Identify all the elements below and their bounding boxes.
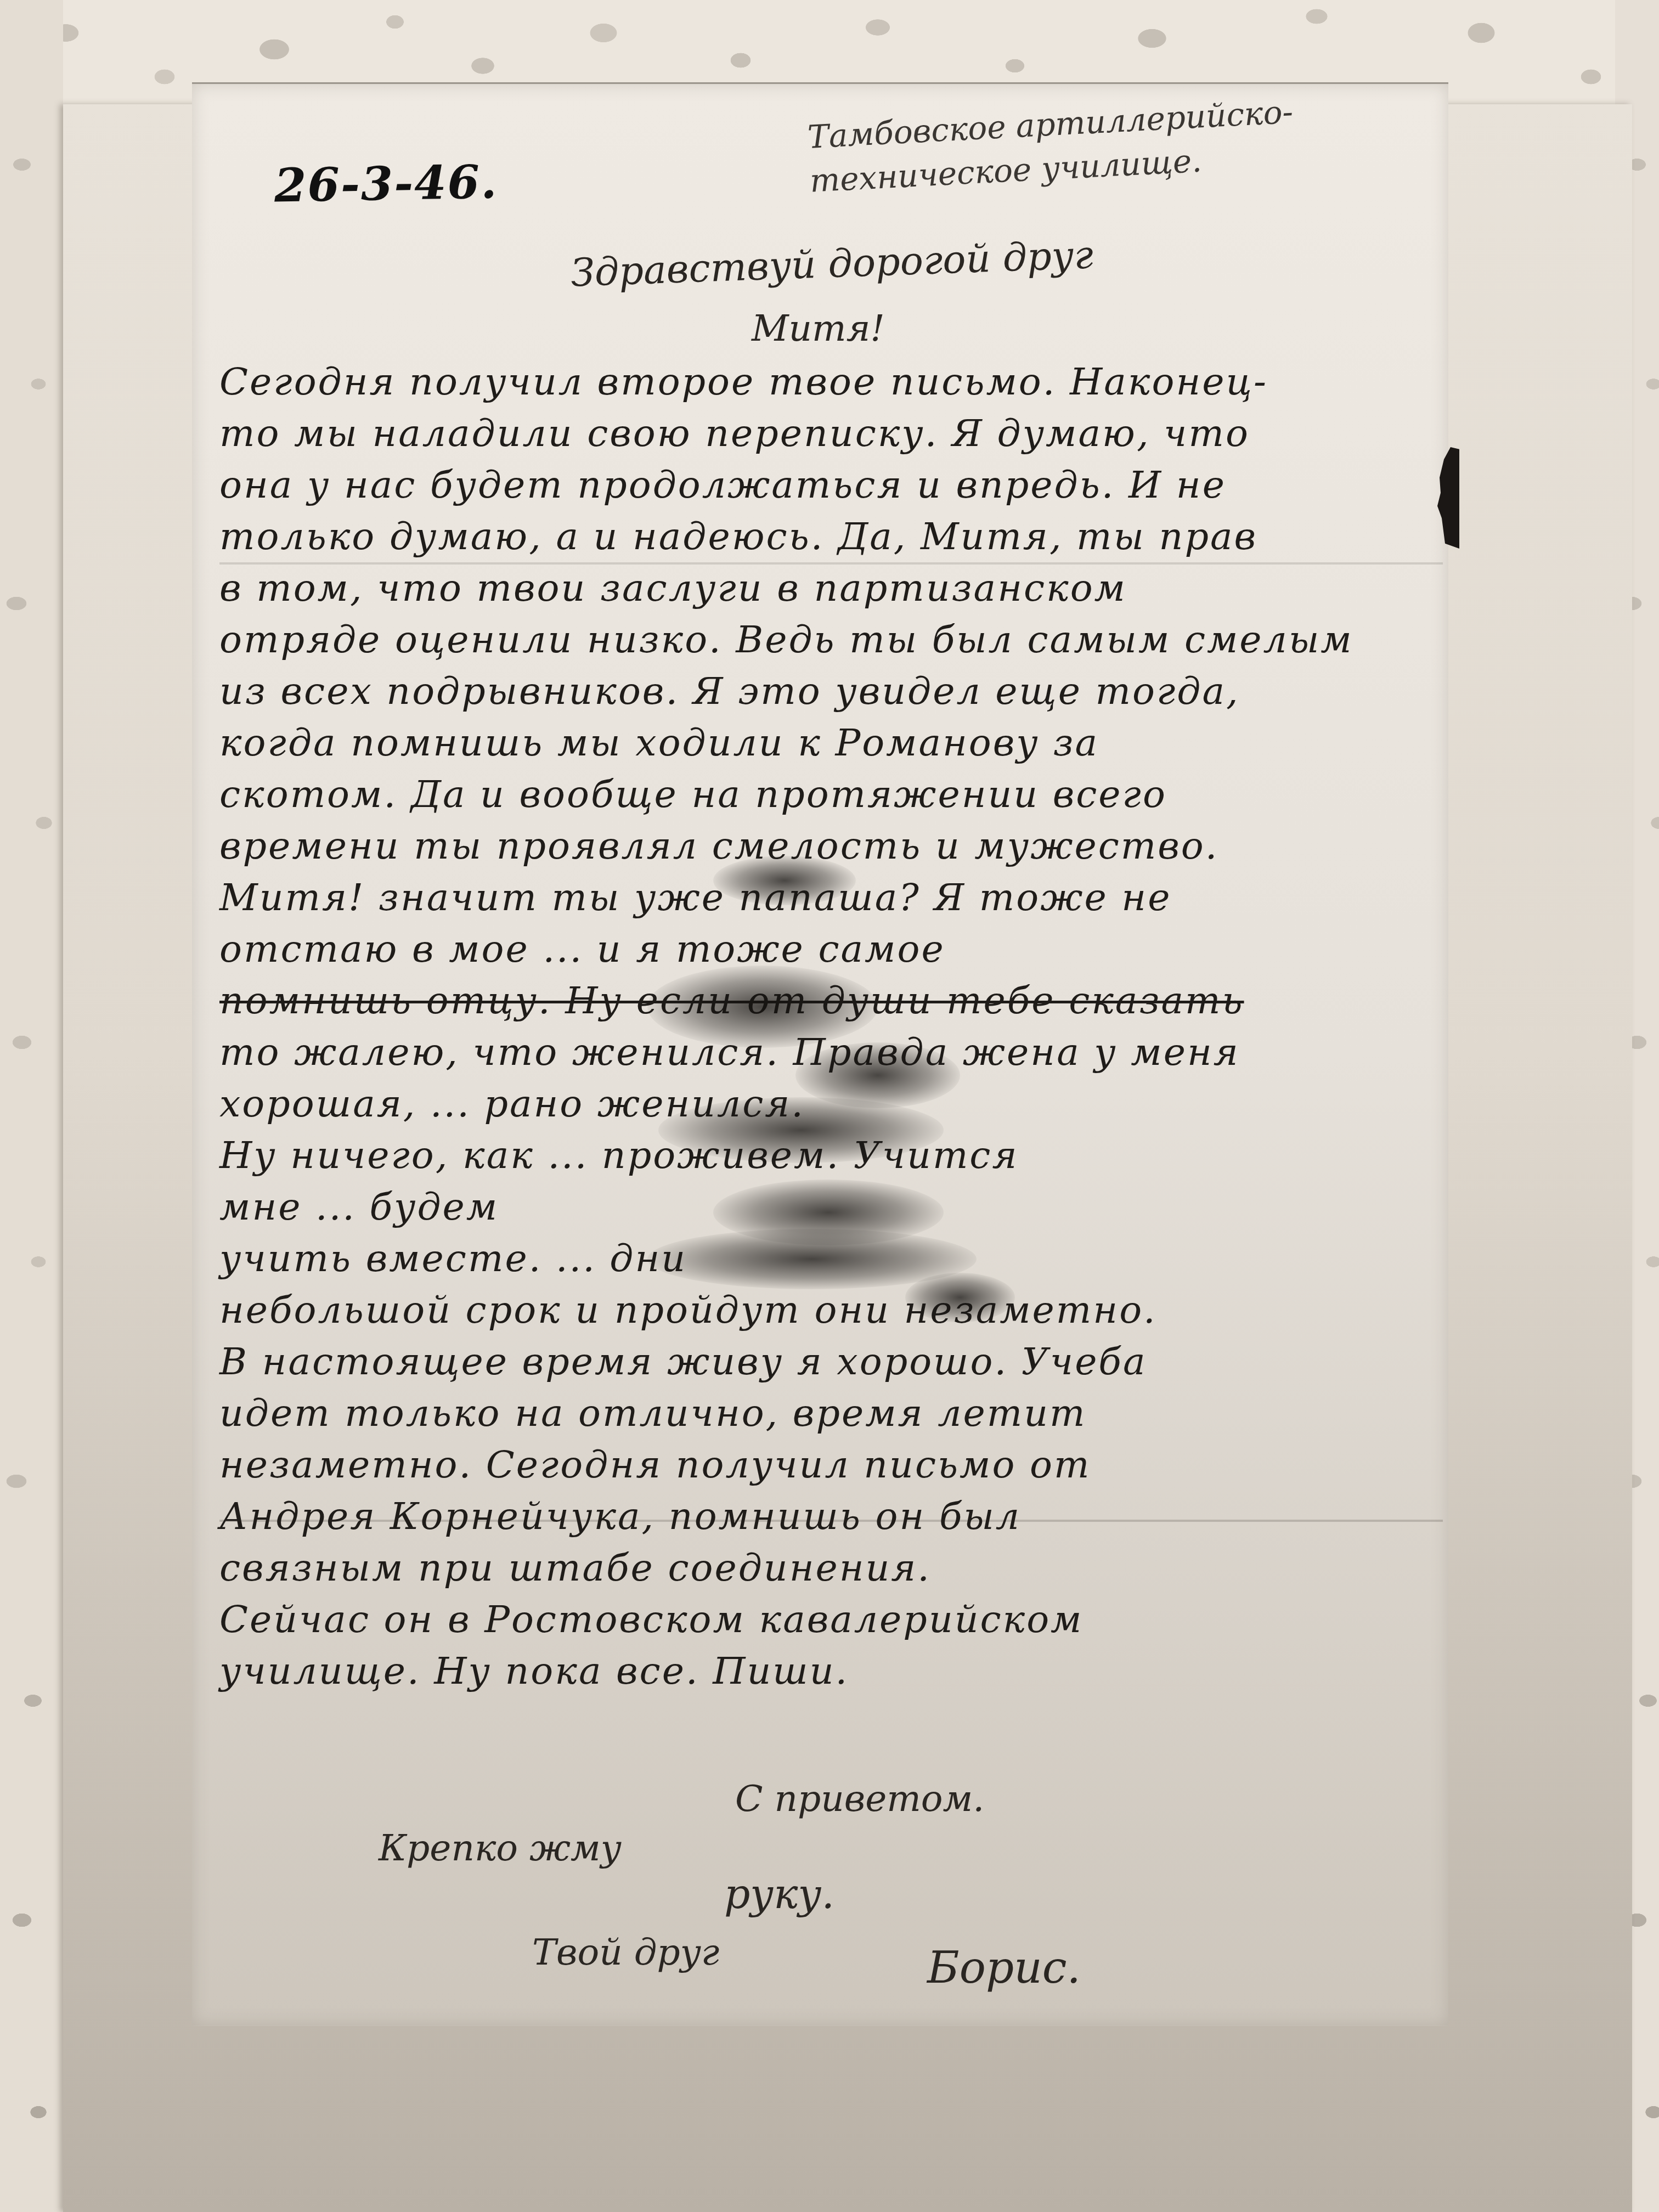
body-line: училище. Ну пока все. Пиши.	[219, 1646, 1437, 1697]
body-line: из всех подрывников. Я это увидел еще то…	[219, 666, 1437, 718]
body-line: отряде оценили низко. Ведь ты был самым …	[219, 614, 1437, 666]
body-line: то мы наладили свою переписку. Я думаю, …	[219, 408, 1437, 460]
body-line: В настоящее время живу я хорошо. Учеба	[219, 1336, 1437, 1388]
body-line: скотом. Да и вообще на протяжении всего	[219, 769, 1437, 821]
fold-line	[219, 1520, 1443, 1522]
body-line: когда помнишь мы ходили к Романову за	[219, 718, 1437, 769]
terrazzo-background-left	[0, 0, 63, 2212]
ink-smudge	[713, 856, 856, 905]
letter-date: 26-3-46.	[274, 154, 498, 212]
body-line: идет только на отлично, время летит	[219, 1388, 1437, 1440]
signature: Борис.	[927, 1942, 1081, 1993]
ink-smudge	[905, 1273, 1015, 1322]
closing-greeting: С приветом.	[735, 1778, 984, 1820]
letter-addressee: Митя!	[752, 307, 885, 349]
ink-smudge	[658, 1097, 944, 1163]
body-line: Андрея Корнейчука, помнишь он был	[219, 1491, 1437, 1543]
closing-handshake: Крепко жму	[379, 1827, 622, 1869]
body-line: небольшой срок и пройдут они незаметно.	[219, 1285, 1437, 1336]
body-line: в том, что твои заслуги в партизанском	[219, 563, 1437, 614]
closing-hand: руку.	[724, 1871, 834, 1918]
body-line: Сегодня получил второе твое письмо. Нако…	[219, 357, 1437, 408]
ink-smudge	[647, 966, 878, 1048]
body-line: она у нас будет продолжаться и впредь. И…	[219, 460, 1437, 511]
body-line: связным при штабе соединения.	[219, 1543, 1437, 1594]
fold-line	[219, 562, 1443, 565]
body-line: отстаю в мое ... и я тоже самое	[219, 924, 1437, 975]
body-line: незаметно. Сегодня получил письмо от	[219, 1440, 1437, 1491]
body-line: только думаю, а и надеюсь. Да, Митя, ты …	[219, 511, 1437, 563]
closing-friend: Твой друг	[532, 1931, 719, 1973]
body-line: Сейчас он в Ростовском кавалерийском	[219, 1594, 1437, 1646]
